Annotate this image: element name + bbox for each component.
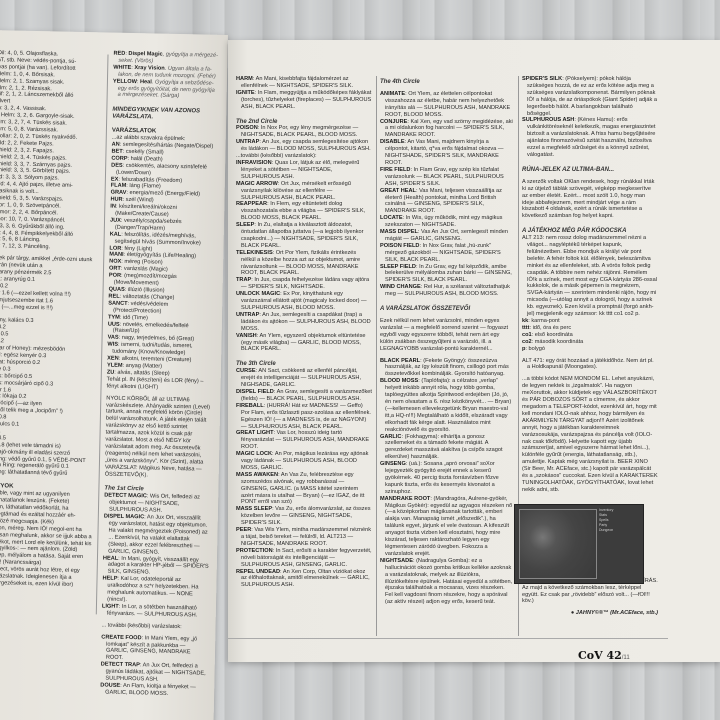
word: KAL: [110, 231, 122, 237]
word: JUX: [110, 217, 121, 223]
entry-text: In Mani, gyógyít, visszaállít egy adagot…: [108, 555, 209, 575]
spell-entry: HELP: Kal Lor, odateleportál az uralkodó…: [102, 576, 209, 606]
note: MINDEGYIKNEK VAN AZONOS VARÁZSLATA.: [112, 107, 218, 123]
spell-entry: POISON: In Nox Por, egy lény megmérgezés…: [236, 125, 372, 139]
legend-key: co2: [522, 339, 532, 345]
spell-entry: MAGIC LOCK: An Por, mágikus lezárása egy…: [236, 451, 372, 472]
spell-entry: SPIDER'S SILK: (Pókselyem): pókok hálója…: [522, 76, 658, 117]
circle3-heading: The 3th Circle: [236, 361, 372, 368]
spacer: [236, 353, 372, 358]
word: SANCT: [108, 300, 127, 306]
entry-term: SPIDER'S SILK: [522, 76, 562, 82]
legend-key: p: [522, 346, 525, 352]
entry-text: An Mani, kisebbfajta fájdalomérzet az el…: [241, 76, 353, 89]
legend-key: kk: [522, 318, 528, 324]
spell-entry: FIREBALL: (HURRÁ! Hát ez MADNESS! — Geff…: [236, 403, 372, 431]
reagents-heading: A VARÁZSLATOK ÖSSZETEVŐI: [380, 306, 514, 313]
entry-term: SLEEP FIELD: [380, 264, 416, 270]
word: VAS: [108, 335, 119, 341]
entry-term: MASS AWAKEN: [236, 472, 278, 478]
word: QUAS: [109, 287, 125, 293]
entry-term: PEER: [236, 527, 251, 533]
spell-entry: CURSE: AN Sact, csökkenti az ellenfél pá…: [236, 368, 372, 389]
entry-text: (Nadragulya Gomba): ez a hallucinációt o…: [385, 558, 512, 605]
entry-term: SLEEP: [236, 222, 254, 228]
word-meaning: méreg (Poison): [124, 259, 162, 266]
entry-term: REAPPEAR: [236, 201, 267, 207]
spell-entry: TELEKINESIS: Ort Por Ylem, fizikális éri…: [236, 250, 372, 278]
entry-term: HELP: [102, 576, 117, 582]
right-page: HARM: An Mani, kisebbfajta fájdalomérzet…: [228, 40, 720, 662]
spell-entry: DETECT MAGIC: Wis Ort, felfedezi az obje…: [104, 493, 210, 516]
spell-entry: ANIMATE: Ort Ylem, az élettelen célponto…: [380, 91, 514, 119]
entry-term: FIREBALL: [236, 403, 264, 409]
entry-term: IGNITE: [236, 90, 255, 96]
entry-term: REPEL UNDEAD: [236, 569, 280, 575]
spell-entry: DISABLE: An Vas Mani, majdnem kinyírja a…: [380, 139, 514, 167]
right-column-circles-2-3: HARM: An Mani, kisebbfajta fájdalomérzet…: [236, 76, 372, 589]
potion-item: Poison, méreg. Nem IÓ! megol-ent ha lass…: [0, 525, 93, 555]
word: UUS: [108, 321, 120, 327]
reagents-intro: Ezek nélkül nem lehet varázsolni, minden…: [380, 318, 514, 353]
word: ZU: [107, 369, 115, 375]
legend-value: bolygó: [529, 346, 545, 352]
spell-entry: GREAT LIGHT: Vas Lor, hosszú ideig tartó…: [236, 430, 372, 451]
legend-key: co1: [522, 332, 532, 338]
color-spell: Heal: [140, 79, 152, 85]
spell-entry: GINSENG: (uá.): Sosana „apró orvosai” so…: [380, 461, 514, 496]
page-footer: CoV 42/11: [578, 649, 630, 662]
footer-rule: [228, 638, 668, 639]
circle4-heading: The 4th Circle: [380, 79, 514, 86]
spell-entry: CONJURE: Kal Xen, egy vad szörny megidéz…: [380, 119, 514, 140]
word-meaning: változtatás (Change): [123, 294, 175, 301]
spell-entry: BLACK PEARL: (Fekete Gyöngy): összezúzva…: [380, 358, 514, 379]
spacer: [522, 220, 658, 225]
entry-term: GREAT HEAL: [380, 188, 416, 194]
word-meaning: veszély/csapda/sebzés (Danger/Trap/Harm): [115, 218, 182, 232]
entry-text: In Flam, meggyújtja a működőképes fáklyá…: [241, 90, 371, 110]
entry-term: DETECT MAGIC: [104, 493, 147, 500]
word: XEN: [107, 356, 119, 362]
spell-entry: BLOOD MOSS: (Taplófajta): a célzatos „ve…: [380, 378, 514, 433]
spell-entry: POISON FIELD: In Nox Grav, falat „hú-zun…: [380, 243, 514, 264]
right-column-circle-4-reagents: The 4th CircleANIMATE: Ort Ylem, az élet…: [380, 76, 514, 606]
word: CORP: [111, 155, 127, 161]
spell-entry: REPEL UNDEAD: An Xen Corp, Oltan vízióka…: [236, 569, 372, 590]
entry-term: VANISH: [236, 333, 257, 339]
column-divider: [376, 76, 377, 636]
spell-entry: SLEEP: In Zu, elaltatja a kiválasztott á…: [236, 222, 372, 250]
spell-entry: DISPEL MAGIC: An Jux Ort, visszaállít eg…: [103, 514, 210, 558]
color-spell: Xray Vision: [134, 65, 164, 72]
entry-term: MAGIC LOCK: [236, 451, 272, 457]
entry-text: An Jux Ort, visszaállít egy varázslatot,…: [108, 514, 208, 555]
entry-text: (Mandragóra, Aulrene-gyökér, Mágikus Gyö…: [385, 496, 512, 557]
codes-heading: A JÁTÉKHOZ MÉG PÁR KÓDOCSKA: [522, 228, 658, 235]
entry-term: POISON: [236, 125, 258, 131]
entry-term: BLOOD MOSS: [380, 378, 418, 384]
color-name: RED: [113, 51, 125, 57]
word: MANI: [109, 252, 123, 258]
entry-term: WIND CHANGE: [380, 284, 421, 290]
spell-entry: SULPHUROUS ASH: (Kénes Hamu): erős vulká…: [522, 117, 658, 158]
runes-text: A szerzők voltak OKlan rendesek, hogy rú…: [522, 179, 658, 220]
word: LOR: [109, 245, 121, 251]
spell-entry: DETECT TRAP: An Jux Ort, felfedezi a gya…: [100, 662, 206, 685]
entry-term: DOUSE: [100, 682, 120, 688]
word-meaning: idő (Time): [123, 314, 148, 321]
runes-heading: RÚNA-JELEK AZ ULTIMA-BAN...: [522, 167, 658, 174]
color-spell: Dispel Magic: [128, 51, 162, 58]
entry-text: In Zu, elaltatja a kiválasztott áldozato…: [241, 222, 364, 249]
entry-term: GREAT LIGHT: [236, 430, 274, 436]
word-meaning: növelés, emelkedés/felfelé (Raise/Up): [113, 321, 189, 334]
entry-text: In Jux, csapda felhelyezése ládára vagy …: [241, 277, 369, 290]
word: NOX: [109, 259, 121, 265]
legend-key: tttt: [522, 325, 529, 331]
spell-entry: WIND CHANGE: Rel Hur, a szélarast változ…: [380, 284, 514, 298]
word-meaning: varázslás (Magic): [124, 266, 168, 273]
entry-term: BLACK PEARL: [380, 358, 420, 364]
entry-term: MASS SLEEP: [236, 506, 272, 512]
entry-text: In Lor, a sötétben használható fényvaráz…: [107, 604, 198, 618]
color-desc: . Ugyan általa a fa-lakon, de nem tudunk…: [118, 65, 216, 79]
code-legend: kk: karma-pont: [522, 318, 658, 325]
word: AN: [112, 142, 120, 148]
spell-entry: TRAP: In Jux, csapda felhelyezése ládára…: [236, 277, 372, 291]
circle2-heading: The 2nd Circle: [236, 119, 372, 126]
spell-entry: NIGHTSADE: (Nadragulya Gomba): ez a hall…: [380, 558, 514, 606]
spell-entry: REAPPEAR: In Flem, egy eltüntetett dolog…: [236, 201, 372, 222]
entry-term: MAGIC ARROW: [236, 181, 278, 187]
entry-term: CONJURE: [380, 119, 407, 125]
entry-text: An Jux, semlegesíti a csapdákat (trap) a…: [241, 312, 371, 332]
spacer: [0, 476, 94, 483]
code-legend: co2: második koordináta: [522, 339, 658, 346]
word: GRAV: [111, 190, 127, 196]
spell-entry: MASS SLEEP: Vas Zu, erős álomvarázslat, …: [236, 506, 372, 527]
left-page: Oil: 4, 0, 5. Olajosflaska.AT, stb. Neve…: [0, 30, 228, 720]
word: TYM: [108, 314, 120, 320]
potion-item: : Protect, vörös aurát hoz létre, el egy…: [0, 566, 92, 589]
entry-text: (Kénes Hamu): erős vulkánkitöréseknél ke…: [527, 117, 655, 158]
entry-term: TRAP: [236, 277, 251, 283]
code-legend: co1: első koordináta: [522, 332, 658, 339]
entry-text: An Jux, egy csapda semlegesítése ajtókon…: [241, 139, 371, 152]
word-meaning: fény (Light): [124, 245, 152, 252]
entry-text: In Nox Por, egy lény megmérgezése — NIGH…: [241, 125, 358, 138]
legend-value: első koordináta: [535, 332, 573, 338]
word: WIS: [107, 342, 118, 348]
word: DES: [111, 162, 123, 168]
spell-entry: MASS AWAKEN: An Vas Zu, felébresztése eg…: [236, 472, 372, 507]
word-meaning: csökkentés, alacsony szint/lefelé (Lower…: [116, 163, 207, 176]
word: IN: [110, 204, 116, 210]
spell-entry: IGNITE: In Flam, meggyújtja a működőképe…: [236, 90, 372, 111]
legend-value: idő, óra és perc: [533, 325, 572, 331]
entry-term: UNLOCK MAGIC: [236, 291, 280, 297]
entry-term: INFRAVISION: [236, 160, 272, 166]
entry-term: LOCATE: [380, 215, 403, 221]
entry-term: PROTECTION: [236, 548, 273, 554]
word-meaning: halál (Death): [131, 156, 163, 163]
entry-term: MASS DISPEL: [380, 229, 418, 235]
spell-entry: INFRAVISION: Quas Lor, látjuk az élő, me…: [236, 160, 372, 181]
entry-term: MANDRAKE ROOT: [380, 496, 430, 502]
word: POR: [109, 273, 121, 279]
word: HUR: [110, 197, 122, 203]
spacer: [380, 298, 514, 303]
nyolc-intro: NYOLC KÖRBŐL áll az ULTIMA6 varázskészle…: [105, 395, 213, 480]
legend-value: karma-pont: [531, 318, 559, 324]
spell-entry: MANDRAKE ROOT: (Mandragóra, Aulrene-gyök…: [380, 496, 514, 558]
magazine-issue: CoV 42: [578, 649, 622, 662]
example: Tehát pl. IN (készíteni) és LOR (fény) –…: [106, 376, 212, 392]
entry-term: GARLIC: [380, 434, 401, 440]
word-meaning: anyag (Matter): [126, 363, 162, 370]
entry-term: DETECT TRAP: [101, 662, 140, 669]
entry-term: CREATE FOOD: [101, 634, 141, 641]
word-meaning: csekély (Small): [126, 149, 164, 156]
spell-entry: UNLOCK MAGIC: Ex Por, kinyithatunk egy v…: [236, 291, 372, 312]
spell-entry: HEAL: In Mani, gyógyít, visszaállít egy …: [103, 555, 209, 578]
entry-term: DISPEL FIELD: [236, 389, 274, 395]
entry-term: ANIMATE: [380, 91, 405, 97]
word-meaning: szél (Wind): [126, 197, 154, 204]
entry-term: HARM: [236, 76, 253, 82]
word: EX: [111, 176, 119, 182]
entry-text: Kal Lor, odateleportál az uralkodóhoz a …: [107, 576, 199, 603]
spacer: [112, 121, 218, 128]
word-meaning: alvás, altatás (Sleep): [117, 370, 169, 377]
word-meaning: ismerni, tudni/tudás, ismeret, tudomány …: [112, 342, 192, 356]
legend-value: második koordináta: [535, 339, 584, 345]
word-meaning: illúzió (Illusion): [128, 287, 165, 294]
color-name: YELLOW: [113, 78, 137, 84]
entry-text: (Taplófajta): a célzatos „verlap” helyet…: [385, 378, 511, 432]
spell-entry: FIRE FIELD: In Flam Grav, egy szép kis t…: [380, 167, 514, 188]
spell-entry: PEER: Vas Wis Ylem, mintha madárszemmel …: [236, 527, 372, 548]
entry-term: NIGHTSADE: [380, 558, 413, 564]
alt471: ALT 471: egy órát hozzáad a játékidőhöz.…: [522, 358, 658, 372]
spell-entry: MASS DISPEL: Vas An Jux Ort, semlegesít …: [380, 229, 514, 243]
spacer: [105, 478, 211, 485]
spell-entry: HARM: An Mani, kisebbfajta fájdalomérzet…: [236, 76, 372, 90]
entry-term: GINSENG: [380, 461, 406, 467]
word: BET: [111, 148, 122, 154]
entry-term: DISPEL MAGIC: [104, 514, 144, 521]
entry-term: LIGHT: [102, 603, 119, 609]
spell-entry: DOUSE: An Flam, kioltja a fényeket — GAR…: [100, 682, 206, 698]
spell-entry: LOCATE: In Wis, úgy működik, mint egy má…: [380, 215, 514, 229]
game-party-menu: InventoryStatsSpellsPartyDungeon: [599, 508, 639, 580]
entry-text: (Fokhagyma): elhárítja a gonosz szelleme…: [385, 434, 503, 461]
code-legend: tttt: idő, óra és perc: [522, 325, 658, 332]
entry-term: SULPHUROUS ASH: [522, 117, 574, 123]
left-column-spells: RED: Dispel Magic, gyógyítja a mérgezé-s…: [100, 51, 220, 699]
game-screenshot: InventoryStatsSpellsPartyDungeon: [514, 504, 644, 584]
spell-entry: CREATE FOOD: In Mani Ylem, egy „jó lomka…: [101, 634, 208, 664]
spacer: [522, 159, 658, 164]
spell-entry: UNTRAP: An Jux, semlegesíti a csapdákat …: [236, 312, 372, 333]
other-codes: ...a többi kódot NEM MONDOM EL. Lehet an…: [522, 376, 658, 493]
entry-text: Vas Wis Ylem, mintha madárszemmel néznén…: [241, 527, 371, 547]
entry-text: An Ylem, egyszerű objektumok eltüntetése…: [241, 333, 365, 353]
entry-term: UNTRAP: [236, 139, 259, 145]
entry-term: DISABLE: [380, 139, 405, 145]
entry-term: TELEKINESIS: [236, 250, 273, 256]
page-number: /11: [622, 655, 630, 661]
entry-term: UNTRAP: [236, 312, 259, 318]
alt213: ALT 213: nem rossz dolog madárszemmel né…: [522, 235, 658, 318]
spell-entry: PROTECTION: In Sact, erősíti a karakter …: [236, 548, 372, 569]
spell-entry: UNTRAP: An Jux, egy csapda semlegesítése…: [236, 139, 372, 153]
spell-entry: SLEEP FIELD: In Zu Grav, egy fal képződi…: [380, 264, 514, 285]
spell-entry: VANISH: An Ylem, egyszerű objektumok elt…: [236, 333, 372, 354]
entry-text: In Wis, úgy működik, mint egy mágikus sz…: [385, 215, 502, 228]
entry-text: (Pókselyem): pókok hálója szükséges hozz…: [527, 76, 657, 117]
game-menu-item: Dungeon: [599, 528, 639, 533]
word: ORT: [109, 266, 121, 272]
entry-term: HEAL: [103, 555, 118, 561]
word-meaning: (meg)mozdít/mozgás (Move/Movement): [114, 273, 177, 287]
entry-term: CURSE: [236, 368, 256, 374]
spell-entry: DISPEL FIELD: An Grav, semlegesíti a var…: [236, 389, 372, 403]
word: REL: [108, 293, 119, 299]
spell-entry: LIGHT: In Lor, a sötétben használható fé…: [102, 603, 208, 619]
spell-entry: GARLIC: (Fokhagyma): elhárítja a gonosz …: [380, 434, 514, 462]
word: FLAM: [111, 183, 127, 189]
entry-term: POISON FIELD: [380, 243, 419, 249]
entry-term: FIRE FIELD: [380, 167, 410, 173]
color-name: WHITE: [113, 64, 131, 70]
spell-entry: GREAT HEAL: Vas Mani, teljesen visszaáll…: [380, 188, 514, 216]
code-legend: p: bolygó: [522, 346, 658, 353]
potion-color: YELLOW: Heal. Gyógyítja a sebződése-egy …: [113, 78, 219, 101]
word-meaning: készíteni/kreálni/okozni (Make/Create/Ca…: [115, 204, 177, 218]
word-meaning: láng (Flame): [129, 183, 161, 190]
left-column-equipment: Oil: 4, 0, 5. Olajosflaska.AT, stb. Neve…: [0, 50, 103, 589]
author-signature: ● JAHNY©®™ (Mr.ACEface, stb.): [522, 610, 658, 617]
spacer: [236, 111, 372, 116]
word: YLEM: [107, 362, 123, 368]
spell-entry: MAGIC ARROW: Ort Jux, mérsékelt erősségű…: [236, 181, 372, 202]
further-spells: ...további (későbbi) varázslatok):: [236, 153, 372, 160]
entry-text: AN Sact, csökkenti az ellenfél páncélját…: [241, 368, 361, 388]
game-viewport: [519, 509, 597, 579]
word-meaning: felszólítás, idézés/meghívás, segítségül…: [115, 232, 201, 247]
